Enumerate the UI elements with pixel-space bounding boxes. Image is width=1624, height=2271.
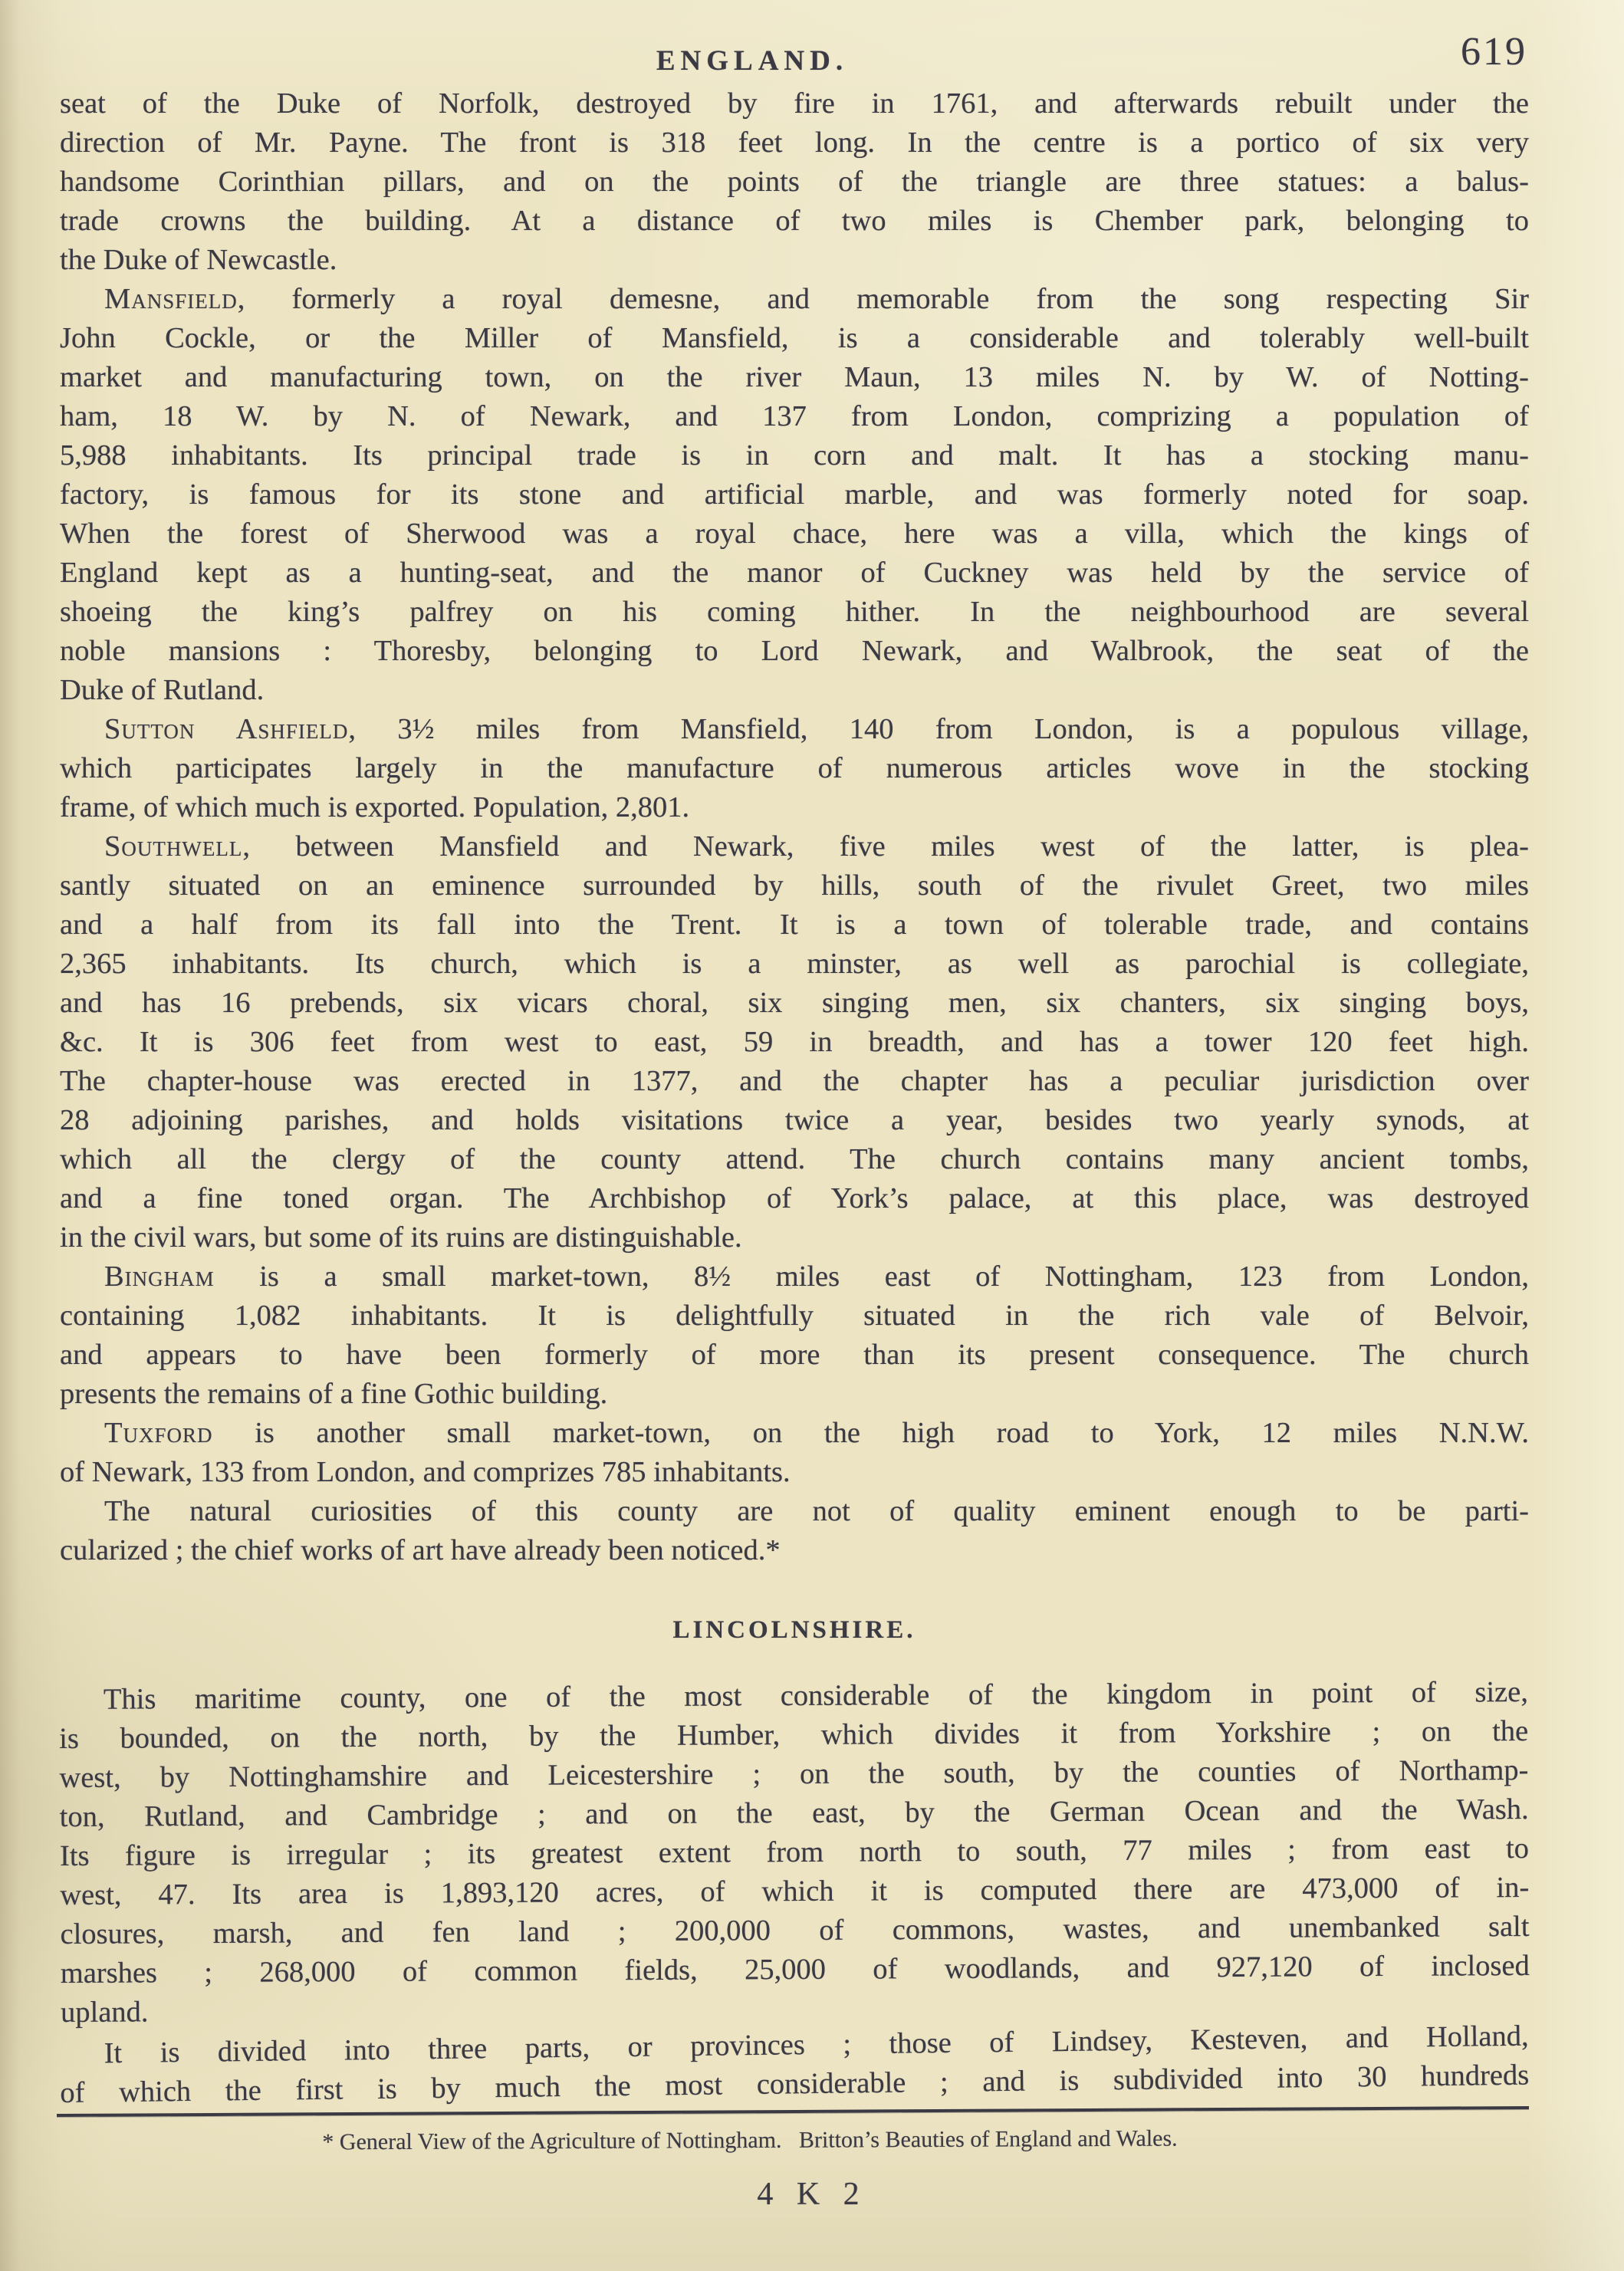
- text-line: presents the remains of a fine Gothic bu…: [60, 1375, 1529, 1414]
- text-line: and a half from its fall into the Trent.…: [60, 905, 1529, 945]
- running-title: ENGLAND.: [60, 44, 1445, 77]
- place-name-smallcaps: Southwell: [104, 830, 242, 863]
- text-line: factory, is famous for its stone and art…: [60, 475, 1529, 514]
- text-line: seat of the Duke of Norfolk, destroyed b…: [60, 84, 1529, 123]
- paragraph: seat of the Duke of Norfolk, destroyed b…: [60, 84, 1529, 280]
- paragraph: Bingham is a small market-town, 8½ miles…: [60, 1257, 1529, 1414]
- text-line: Duke of Rutland.: [60, 671, 1529, 710]
- text-line: &c. It is 306 feet from west to east, 59…: [60, 1023, 1529, 1062]
- text-line: frame, of which much is exported. Popula…: [60, 788, 1529, 827]
- text-line: England kept as a hunting-seat, and the …: [60, 554, 1529, 593]
- text-line: marshes ; 268,000 of common fields, 25,0…: [61, 1947, 1530, 1993]
- text-line: Bingham is a small market-town, 8½ miles…: [60, 1257, 1529, 1297]
- text-line: 5,988 inhabitants. Its principal trade i…: [60, 436, 1529, 475]
- text-line: market and manufacturing town, on the ri…: [60, 358, 1529, 397]
- page-number: 619: [1461, 29, 1527, 74]
- text-line: John Cockle, or the Miller of Mansfield,…: [60, 319, 1529, 358]
- paragraph: Southwell, between Mansfield and Newark,…: [60, 827, 1529, 1257]
- footnote: * General View of the Agriculture of Not…: [60, 2122, 1440, 2159]
- text-line: The chapter-house was erected in 1377, a…: [60, 1062, 1529, 1101]
- text-line: 28 adjoining parishes, and holds visitat…: [60, 1101, 1529, 1140]
- paragraph: Mansfield, formerly a royal demesne, and…: [60, 280, 1529, 710]
- place-name-smallcaps: Sutton Ashfield: [104, 713, 348, 745]
- text-line: trade crowns the building. At a distance…: [60, 202, 1529, 241]
- place-name-smallcaps: Tuxford: [104, 1417, 213, 1449]
- text-line: The natural curiosities of this county a…: [60, 1492, 1529, 1531]
- text-line: cularized ; the chief works of art have …: [60, 1531, 1529, 1570]
- text-line: and appears to have been formerly of mor…: [60, 1336, 1529, 1375]
- text-line: When the forest of Sherwood was a royal …: [60, 514, 1529, 554]
- text-line: santly situated on an eminence surrounde…: [60, 866, 1529, 905]
- text-line: which all the clergy of the county atten…: [60, 1140, 1529, 1179]
- text-line: 2,365 inhabitants. Its church, which is …: [60, 945, 1529, 984]
- paragraph: This maritime county, one of the most co…: [59, 1673, 1530, 2033]
- book-page: ENGLAND. 619 seat of the Duke of Norfolk…: [0, 0, 1624, 2271]
- text-line: of Newark, 133 from London, and comprize…: [60, 1453, 1529, 1492]
- text-line: the Duke of Newcastle.: [60, 241, 1529, 280]
- place-name-smallcaps: Mansfield: [104, 283, 238, 315]
- page-text: seat of the Duke of Norfolk, destroyed b…: [60, 84, 1529, 2108]
- signature-mark: 4 K 2: [0, 2176, 1624, 2213]
- text-line: and has 16 prebends, six vicars choral, …: [60, 984, 1529, 1023]
- text-line: Tuxford is another small market-town, on…: [60, 1414, 1529, 1453]
- section-heading: LINCOLNSHIRE.: [60, 1613, 1529, 1647]
- place-name-smallcaps: Bingham: [104, 1260, 215, 1293]
- paragraph: The natural curiosities of this county a…: [60, 1492, 1529, 1570]
- text-line: direction of Mr. Payne. The front is 318…: [60, 123, 1529, 163]
- text-line: noble mansions : Thoresby, belonging to …: [60, 632, 1529, 671]
- paragraph: Sutton Ashfield, 3½ miles from Mansfield…: [60, 710, 1529, 827]
- text-line: in the civil wars, but some of its ruins…: [60, 1218, 1529, 1257]
- text-line: handsome Corinthian pillars, and on the …: [60, 163, 1529, 202]
- text-line: which participates largely in the manufa…: [60, 749, 1529, 788]
- text-line: Southwell, between Mansfield and Newark,…: [60, 827, 1529, 866]
- text-line: and a fine toned organ. The Archbishop o…: [60, 1179, 1529, 1218]
- text-line: containing 1,082 inhabitants. It is deli…: [60, 1297, 1529, 1336]
- paragraph: Tuxford is another small market-town, on…: [60, 1414, 1529, 1492]
- text-line: Sutton Ashfield, 3½ miles from Mansfield…: [60, 710, 1529, 749]
- text-line: Mansfield, formerly a royal demesne, and…: [60, 280, 1529, 319]
- text-line: ham, 18 W. by N. of Newark, and 137 from…: [60, 397, 1529, 436]
- text-line: shoeing the king’s palfrey on his coming…: [60, 593, 1529, 632]
